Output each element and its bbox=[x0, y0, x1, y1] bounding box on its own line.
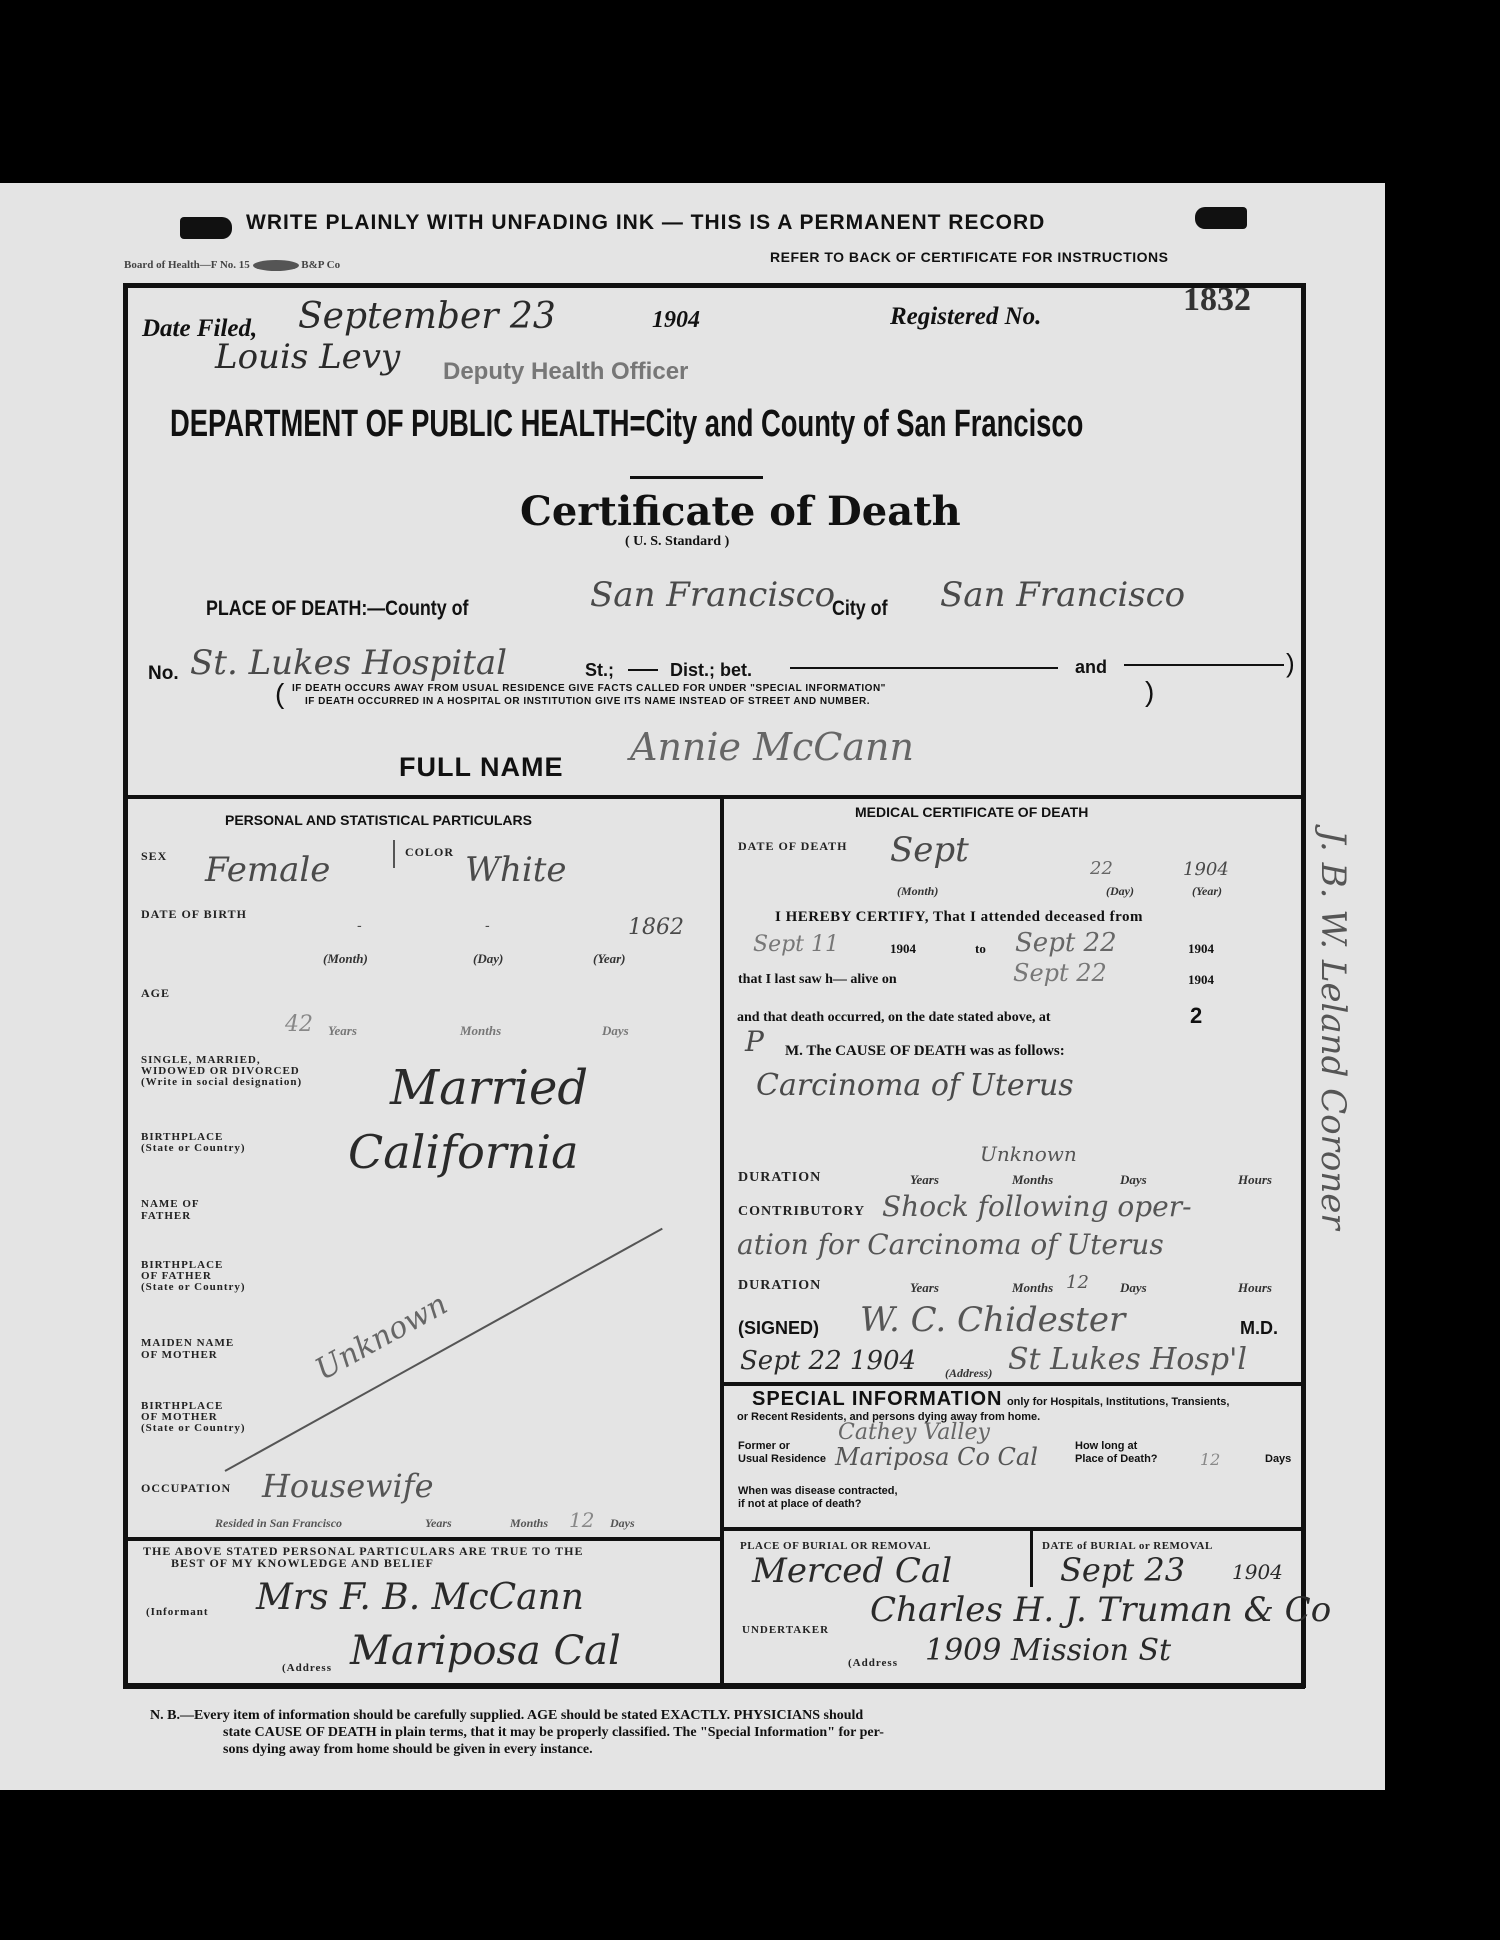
officer-title: Deputy Health Officer bbox=[443, 358, 688, 386]
birthplace-value: California bbox=[348, 1125, 579, 1179]
resided-days-value: 12 bbox=[569, 1508, 594, 1532]
personal-heading: PERSONAL AND STATISTICAL PARTICULARS bbox=[225, 812, 532, 828]
burial-divider bbox=[722, 1527, 1303, 1531]
institution-value: St. Lukes Hospital bbox=[190, 643, 507, 683]
informant-label: (Informant bbox=[146, 1606, 209, 1618]
dob-day-caption: (Day) bbox=[473, 951, 503, 967]
date-filed-year: 1904 bbox=[652, 307, 700, 334]
informant-divider bbox=[125, 1537, 722, 1541]
informant-address-label: (Address bbox=[282, 1662, 332, 1674]
dod-day: 22 bbox=[1090, 858, 1113, 879]
banner-text: WRITE PLAINLY WITH UNFADING INK — THIS I… bbox=[246, 211, 1045, 235]
attended-to: Sept 22 bbox=[1015, 928, 1117, 958]
column-divider bbox=[720, 797, 724, 1685]
form-border-bottom bbox=[123, 1683, 1305, 1689]
duration-label: DURATION bbox=[738, 1172, 821, 1184]
mother-birthplace-label: BIRTHPLACE OF MOTHER (State or Country) bbox=[141, 1401, 246, 1434]
resided-years-caption: Years bbox=[425, 1516, 452, 1531]
former-residence-value: Mariposa Co Cal bbox=[835, 1443, 1038, 1471]
pointing-hand-icon-right bbox=[1195, 207, 1247, 229]
age-label: AGE bbox=[141, 987, 170, 999]
note-paren-left: ( bbox=[275, 678, 284, 710]
note-paren-right: ) bbox=[1145, 676, 1154, 708]
medical-heading: MEDICAL CERTIFICATE OF DEATH bbox=[855, 804, 1088, 820]
dob-day: - bbox=[485, 918, 490, 934]
father-name-label: NAME OF FATHER bbox=[141, 1198, 200, 1222]
contrib-duration-hours: Hours bbox=[1238, 1280, 1272, 1296]
contrib-duration-months: Months bbox=[1012, 1280, 1053, 1296]
occupation-value: Housewife bbox=[262, 1467, 434, 1505]
dist-label: Dist.; bet. bbox=[670, 660, 752, 681]
dod-month-caption: (Month) bbox=[897, 884, 938, 899]
dod-month: Sept bbox=[890, 830, 969, 870]
death-time: 2 bbox=[1190, 1003, 1202, 1029]
city-value: San Francisco bbox=[940, 575, 1185, 615]
resided-days-caption: Days bbox=[610, 1516, 635, 1531]
dod-day-caption: (Day) bbox=[1106, 884, 1134, 899]
section-divider bbox=[123, 795, 1305, 799]
last-saw-label: that I last saw h— alive on bbox=[738, 972, 897, 988]
how-long-value: 12 bbox=[1200, 1450, 1220, 1469]
contrib-duration-days-value: 12 bbox=[1066, 1272, 1089, 1293]
special-heading: SPECIAL INFORMATION only for Hospitals, … bbox=[752, 1388, 1229, 1411]
officer-signature: Louis Levy bbox=[215, 337, 400, 377]
to-label: to bbox=[975, 941, 986, 957]
burial-date-value: Sept 23 bbox=[1060, 1551, 1185, 1589]
undertaker-address: 1909 Mission St bbox=[925, 1633, 1171, 1668]
contrib-duration-days: Days bbox=[1120, 1280, 1147, 1296]
mother-maiden-name-label: MAIDEN NAME OF MOTHER bbox=[141, 1337, 234, 1361]
county-value: San Francisco bbox=[590, 575, 835, 615]
duration-hours: Hours bbox=[1238, 1172, 1272, 1188]
sex-label: SEX bbox=[141, 850, 167, 862]
full-name-value: Annie McCann bbox=[630, 725, 914, 769]
duration-months: Months bbox=[1012, 1172, 1053, 1188]
title-rule bbox=[630, 476, 763, 479]
place-note-line1: IF DEATH OCCURS AWAY FROM USUAL RESIDENC… bbox=[292, 683, 886, 694]
certificate-title: Certificate of Death bbox=[520, 488, 961, 535]
dod-label: DATE OF DEATH bbox=[738, 840, 847, 852]
registered-number: 1832 bbox=[1183, 281, 1251, 319]
physician-address: St Lukes Hosp'l bbox=[1008, 1342, 1247, 1377]
special-divider bbox=[722, 1382, 1303, 1386]
dob-year: 1862 bbox=[628, 915, 684, 940]
contributory-line1: Shock following oper- bbox=[882, 1190, 1192, 1223]
physician-address-label: (Address) bbox=[945, 1366, 992, 1381]
standard-label: ( U. S. Standard ) bbox=[625, 534, 729, 550]
and-blank bbox=[1124, 664, 1284, 666]
contracted-label: When was disease contracted, if not at p… bbox=[738, 1485, 898, 1511]
informant-address: Mariposa Cal bbox=[350, 1628, 621, 1674]
former-residence-above: Cathey Valley bbox=[838, 1420, 990, 1445]
undertaker-label: UNDERTAKER bbox=[742, 1624, 829, 1636]
last-saw-year: 1904 bbox=[1188, 972, 1214, 988]
dist-blank bbox=[790, 667, 1058, 669]
dob-label: DATE OF BIRTH bbox=[141, 908, 247, 920]
how-long-unit: Days bbox=[1265, 1453, 1291, 1465]
informant-name: Mrs F. B. McCann bbox=[256, 1577, 584, 1618]
place-note-line2: IF DEATH OCCURRED IN A HOSPITAL OR INSTI… bbox=[305, 696, 870, 707]
form-code: Board of Health—F No. 15 B&P Co bbox=[124, 259, 340, 271]
cause-value: Carcinoma of Uterus bbox=[756, 1068, 1074, 1103]
occurred-label: and that death occurred, on the date sta… bbox=[737, 1010, 1051, 1026]
color-value: White bbox=[465, 850, 567, 890]
certify-text: I HEREBY CERTIFY, That I attended deceas… bbox=[775, 909, 1143, 926]
st-label: St.; bbox=[585, 660, 614, 681]
signed-date: Sept 22 1904 bbox=[740, 1346, 916, 1376]
burial-date-year: 1904 bbox=[1232, 1560, 1283, 1584]
occupation-label: OCCUPATION bbox=[141, 1482, 231, 1494]
cause-label: M. The CAUSE OF DEATH was as follows: bbox=[785, 1043, 1065, 1060]
duration-days: Days bbox=[1120, 1172, 1147, 1188]
dod-year-caption: (Year) bbox=[1192, 884, 1222, 899]
how-long-label: How long at Place of Death? bbox=[1075, 1440, 1158, 1466]
coroner-margin-note: J. B. W. Leland Coroner bbox=[1313, 830, 1353, 1230]
contrib-duration-years: Years bbox=[910, 1280, 939, 1296]
union-label-stamp-icon bbox=[253, 260, 299, 271]
informant-attestation: THE ABOVE STATED PERSONAL PARTICULARS AR… bbox=[143, 1545, 583, 1569]
place-of-death-label: PLACE OF DEATH:—County of bbox=[206, 597, 468, 621]
age-years-value: 42 bbox=[285, 1012, 313, 1037]
cause-duration: Unknown bbox=[980, 1142, 1077, 1166]
marital-value: Married bbox=[390, 1060, 588, 1116]
birthplace-label: BIRTHPLACE (State or Country) bbox=[141, 1132, 246, 1154]
burial-column-divider bbox=[1030, 1530, 1033, 1587]
form-border-top bbox=[123, 283, 1305, 288]
father-birthplace-label: BIRTHPLACE OF FATHER (State or Country) bbox=[141, 1260, 246, 1293]
marital-label: SINGLE, MARRIED, WIDOWED OR DIVORCED (Wr… bbox=[141, 1055, 302, 1088]
color-label: COLOR bbox=[405, 846, 454, 858]
signed-label: (SIGNED) bbox=[738, 1318, 819, 1339]
color-separator bbox=[393, 840, 395, 868]
form-border-left bbox=[123, 283, 128, 1688]
footer-note: N. B.—Every item of information should b… bbox=[150, 1707, 884, 1758]
dob-year-caption: (Year) bbox=[593, 951, 626, 967]
meridian: P bbox=[745, 1025, 764, 1058]
duration-years: Years bbox=[910, 1172, 939, 1188]
full-name-label: FULL NAME bbox=[399, 752, 564, 783]
no-label: No. bbox=[148, 663, 179, 685]
last-saw-value: Sept 22 bbox=[1013, 959, 1107, 987]
undertaker-value: Charles H. J. Truman & Co bbox=[870, 1590, 1331, 1630]
age-days-caption: Days bbox=[602, 1023, 629, 1039]
city-label: City of bbox=[832, 597, 888, 621]
resided-label: Resided in San Francisco bbox=[215, 1516, 342, 1531]
registered-label: Registered No. bbox=[890, 303, 1041, 331]
contributory-line2: ation for Carcinoma of Uterus bbox=[737, 1228, 1164, 1261]
sex-value: Female bbox=[205, 850, 330, 890]
department-title: DEPARTMENT OF PUBLIC HEALTH=City and Cou… bbox=[170, 403, 1083, 446]
physician-signature: W. C. Chidester bbox=[860, 1300, 1125, 1340]
former-residence-label: Former or Usual Residence bbox=[738, 1440, 826, 1466]
attended-to-year: 1904 bbox=[1188, 941, 1214, 957]
age-years-caption: Years bbox=[328, 1023, 357, 1039]
instructions-note: REFER TO BACK OF CERTIFICATE FOR INSTRUC… bbox=[770, 249, 1168, 265]
paren-right: ) bbox=[1286, 648, 1295, 679]
dob-month-caption: (Month) bbox=[323, 951, 368, 967]
st-blank bbox=[628, 669, 658, 671]
age-months-caption: Months bbox=[460, 1023, 501, 1039]
contributory-label: CONTRIBUTORY bbox=[738, 1206, 865, 1218]
form-border-right bbox=[1301, 283, 1306, 1688]
contributory-duration-label: DURATION bbox=[738, 1280, 821, 1292]
pointing-hand-icon bbox=[180, 217, 232, 239]
date-filed-value: September 23 bbox=[298, 296, 556, 337]
burial-place-value: Merced Cal bbox=[752, 1551, 952, 1591]
dod-year: 1904 bbox=[1183, 859, 1229, 880]
attended-from: Sept 11 bbox=[753, 932, 839, 957]
dob-month: - bbox=[357, 918, 362, 934]
and-label: and bbox=[1075, 657, 1107, 678]
attended-from-year: 1904 bbox=[890, 941, 916, 957]
undertaker-address-label: (Address bbox=[848, 1657, 898, 1669]
md-label: M.D. bbox=[1240, 1318, 1278, 1339]
resided-months-caption: Months bbox=[510, 1516, 548, 1531]
